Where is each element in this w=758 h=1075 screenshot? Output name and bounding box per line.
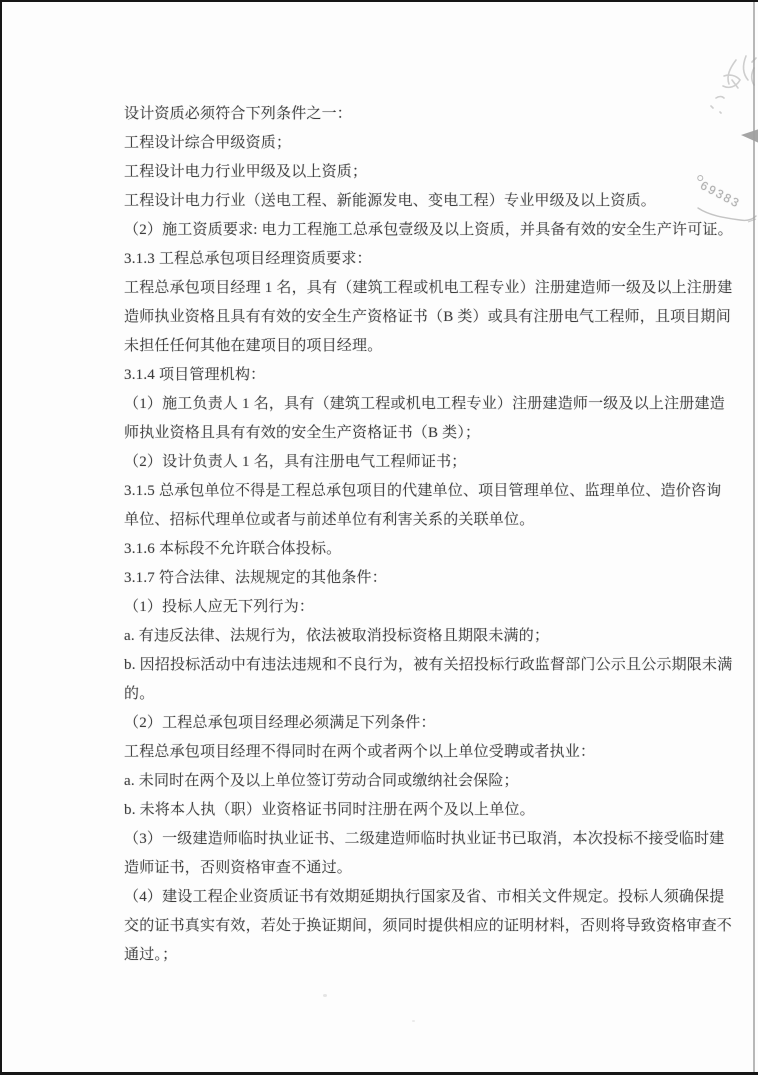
document-line: a. 有违反法律、法规行为，依法被取消投标资格且期限未满的；: [124, 622, 684, 651]
document-line: 工程设计综合甲级资质；: [124, 129, 684, 158]
document-line: b. 因招投标活动中有违法违规和不良行为，被有关招投标行政监督部门公示且公示期限…: [124, 651, 684, 680]
scan-artifact-speck: [323, 994, 327, 997]
right-edge-scan-line: [753, 2, 755, 1072]
document-line: 工程总承包项目经理 1 名，具有（建筑工程或机电工程专业）注册建造师一级及以上注…: [124, 274, 684, 303]
document-text-block: 设计资质必须符合下列条件之一：工程设计综合甲级资质；工程设计电力行业甲级及以上资…: [124, 100, 684, 970]
document-line: 单位、招标代理单位或者与前述单位有利害关系的关联单位。: [124, 506, 684, 535]
corner-ink-stamp-icon: [696, 54, 758, 140]
document-line: 3.1.5 总承包单位不得是工程总承包项目的代建单位、项目管理单位、监理单位、造…: [124, 477, 684, 506]
document-line: （2）工程总承包项目经理必须满足下列条件：: [124, 709, 684, 738]
document-line: 工程设计电力行业甲级及以上资质；: [124, 158, 684, 187]
document-line: 的。: [124, 680, 684, 709]
document-line: 设计资质必须符合下列条件之一：: [124, 100, 684, 129]
left-triangle-marker-icon: [741, 129, 758, 143]
document-line: a. 未同时在两个及以上单位签订劳动合同或缴纳社会保险；: [124, 767, 684, 796]
document-line: 造师证书，否则资格审查不通过。: [124, 854, 684, 883]
document-line: 工程总承包项目经理不得同时在两个或者两个以上单位受聘或者执业：: [124, 738, 684, 767]
document-line: （3）一级建造师临时执业证书、二级建造师临时执业证书已取消，本次投标不接受临时建: [124, 825, 684, 854]
document-page: 设计资质必须符合下列条件之一：工程设计综合甲级资质；工程设计电力行业甲级及以上资…: [0, 0, 758, 1075]
document-line: 3.1.6 本标段不允许联合体投标。: [124, 535, 684, 564]
document-line: 未担任任何其他在建项目的项目经理。: [124, 332, 684, 361]
scan-artifact-speck: [412, 1020, 415, 1022]
document-line: （1）投标人应无下列行为：: [124, 593, 684, 622]
document-line: （1）施工负责人 1 名，具有（建筑工程或机电工程专业）注册建造师一级及以上注册…: [124, 390, 684, 419]
stamp-underline-flourish-icon: [696, 198, 758, 224]
document-line: 师执业资格且具有有效的安全生产资格证书（B 类）；: [124, 419, 684, 448]
document-line: b. 未将本人执（职）业资格证书同时注册在两个及以上单位。: [124, 796, 684, 825]
document-line: （2）设计负责人 1 名，具有注册电气工程师证书；: [124, 448, 684, 477]
document-line: （4）建设工程企业资质证书有效期延期执行国家及省、市相关文件规定。投标人须确保提: [124, 883, 684, 912]
document-line: 3.1.3 工程总承包项目经理资质要求：: [124, 245, 684, 274]
document-line: （2）施工资质要求: 电力工程施工总承包壹级及以上资质，并具备有效的安全生产许可…: [124, 216, 684, 245]
document-line: 3.1.7 符合法律、法规规定的其他条件：: [124, 564, 684, 593]
document-line: 交的证书真实有效，若处于换证期间，须同时提供相应的证明材料，否则将导致资格审查不: [124, 912, 684, 941]
document-line: 通过。；: [124, 941, 684, 970]
document-line: 3.1.4 项目管理机构：: [124, 361, 684, 390]
document-line: 工程设计电力行业（送电工程、新能源发电、变电工程）专业甲级及以上资质。: [124, 187, 684, 216]
document-line: 造师执业资格且具有有效的安全生产资格证书（B 类）或具有注册电气工程师，且项目期…: [124, 303, 684, 332]
